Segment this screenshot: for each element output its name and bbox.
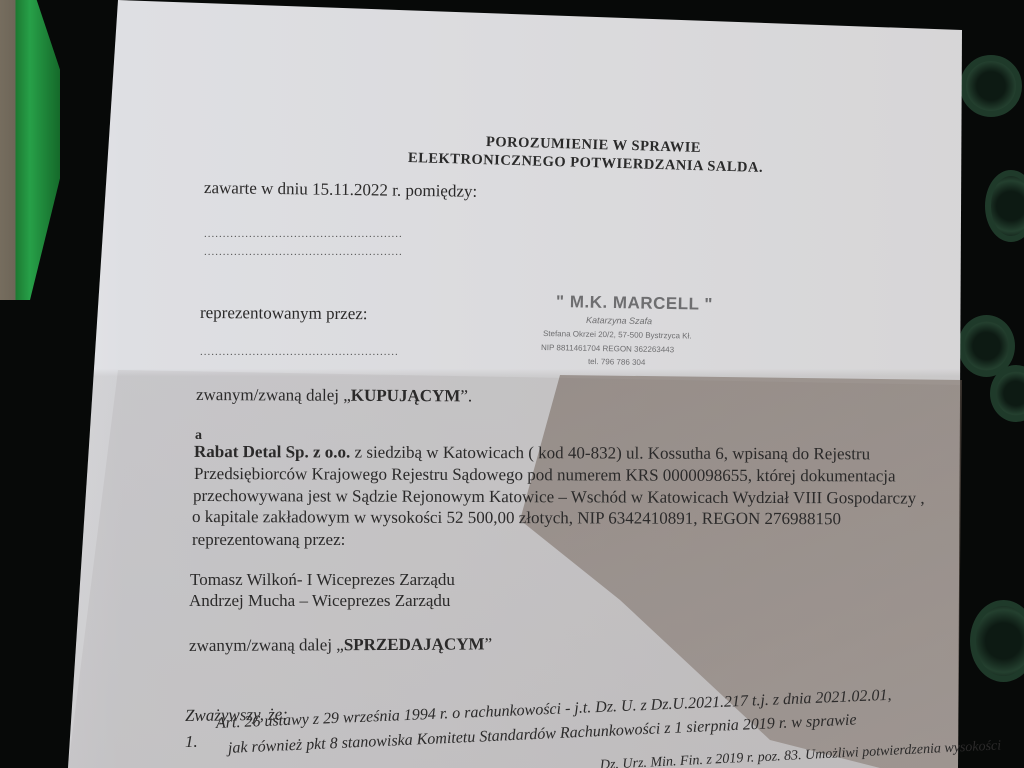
seller-line4: o kapitale zakładowym w wysokości 52 500… xyxy=(192,507,841,529)
represented-by-label: reprezentowanym przez: xyxy=(200,303,368,324)
bottle-background xyxy=(985,170,1024,242)
stamp-owner: Katarzyna Szafa xyxy=(586,315,652,326)
seller-clause-prefix: zwanym/zwaną dalej „ xyxy=(189,635,344,655)
seller-representative-2: Andrzej Mucha – Wiceprezes Zarządu xyxy=(189,591,450,611)
seller-clause: zwanym/zwaną dalej „SPRZEDAJĄCYM” xyxy=(189,634,492,656)
blank-representative-line: ........................................… xyxy=(200,346,399,358)
seller-address: z siedzibą w Katowicach ( kod 40-832) ul… xyxy=(350,443,870,464)
stamp-phone: tel. 796 786 304 xyxy=(588,357,646,367)
seller-name: Rabat Detal Sp. z o.o. xyxy=(194,442,350,462)
bottle-background xyxy=(970,600,1024,682)
agreement-date-line: zawarte w dniu 15.11.2022 r. pomiędzy: xyxy=(204,178,477,202)
blank-party-line: ........................................… xyxy=(204,246,403,258)
seller-represented-by: reprezentowaną przez: xyxy=(192,530,345,550)
green-crate-background xyxy=(0,0,60,300)
seller-line2: Przedsiębiorców Krajowego Rejestru Sądow… xyxy=(194,464,896,486)
seller-label: SPRZEDAJĄCYM xyxy=(344,634,485,654)
whereas-item1-number: 1. xyxy=(185,732,198,752)
buyer-clause-prefix: zwanym/zwaną dalej „ xyxy=(196,385,351,405)
seller-representative-1: Tomasz Wilkoń- I Wiceprezes Zarządu xyxy=(190,570,455,590)
blank-party-line: ........................................… xyxy=(204,228,403,240)
seller-line3: przechowywana jest w Sądzie Rejonowym Ka… xyxy=(193,486,925,509)
buyer-clause: zwanym/zwaną dalej „KUPUJĄCYM”. xyxy=(196,385,472,406)
buyer-clause-suffix: ”. xyxy=(460,386,472,405)
seller-clause-suffix: ” xyxy=(484,634,492,653)
bottle-background xyxy=(960,55,1022,117)
stamp-company-name: " M.K. MARCELL " xyxy=(556,292,713,315)
buyer-label: KUPUJĄCYM xyxy=(351,386,461,406)
seller-line1: Rabat Detal Sp. z o.o. z siedzibą w Kato… xyxy=(194,442,870,464)
